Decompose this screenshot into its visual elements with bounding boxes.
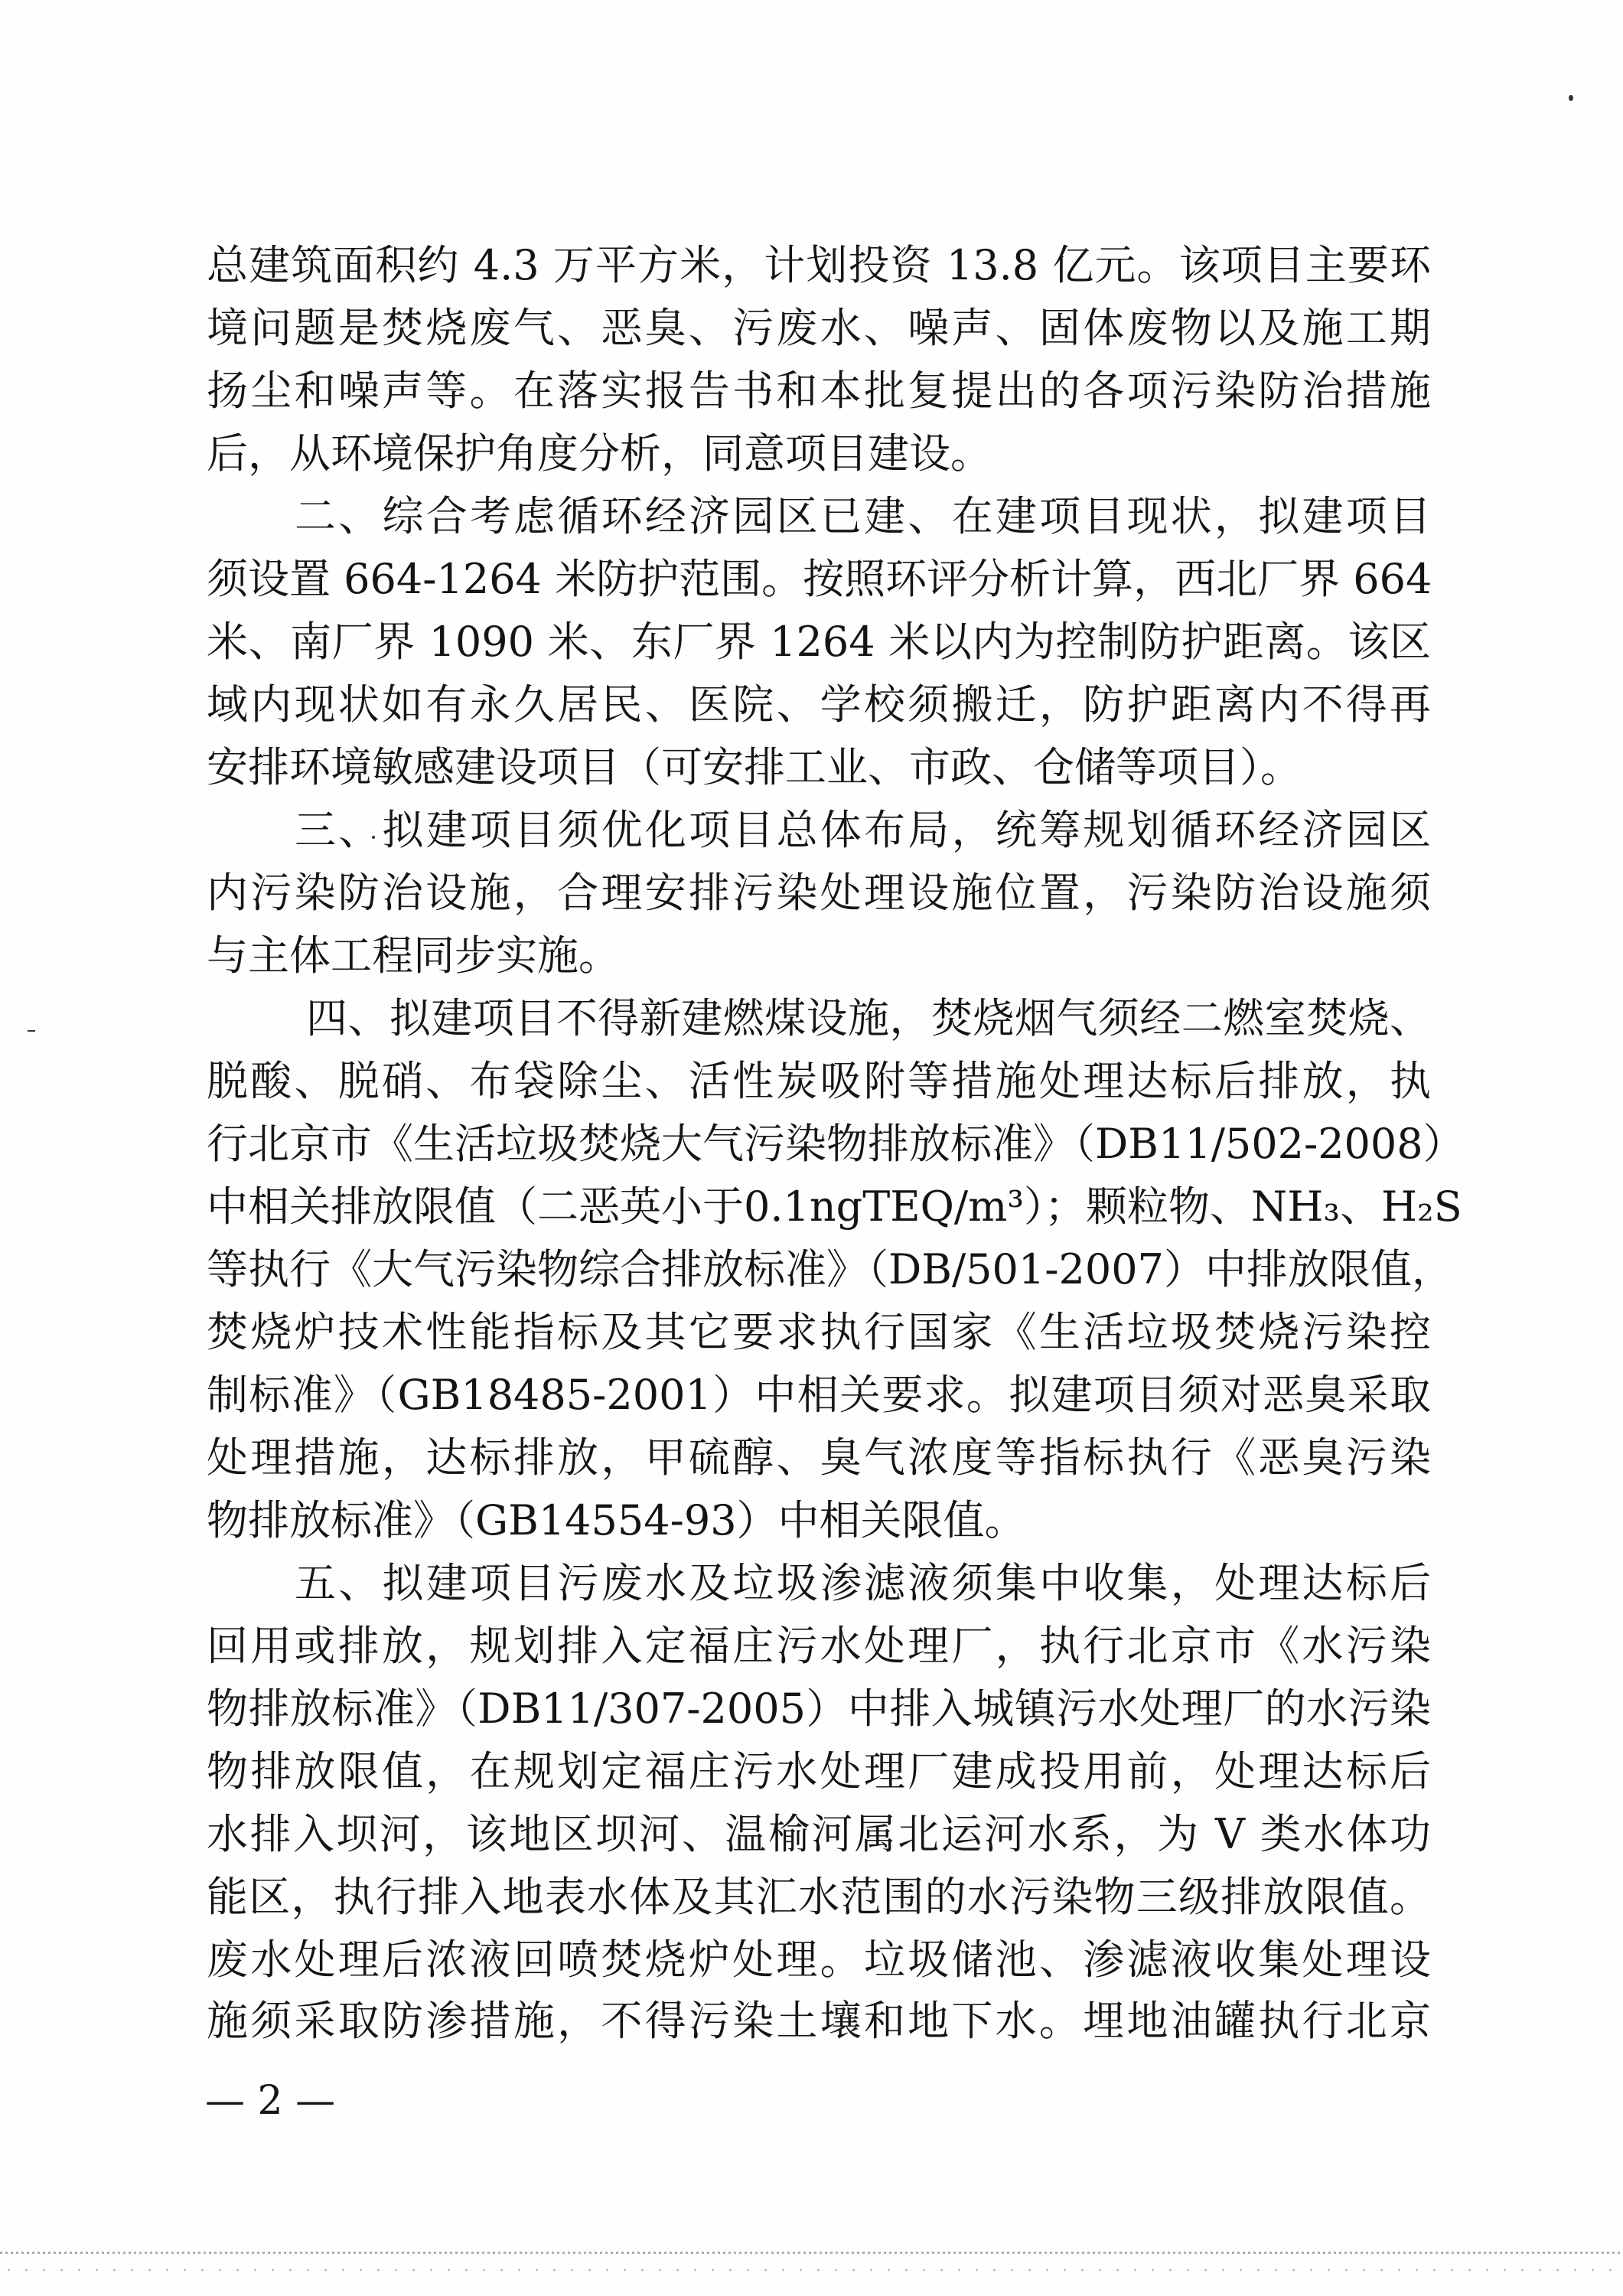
document-page: 总建筑面积约 4.3 万平方米，计划投资 13.8 亿元。该项目主要环 境问题是… bbox=[0, 0, 1623, 2296]
text-line: 施须采取防渗措施，不得污染土壤和地下水。埋地油罐执行北京 bbox=[207, 1994, 1431, 2048]
text-line: 内污染防治设施，合理安排污染处理设施位置，污染防治设施须 bbox=[207, 866, 1431, 920]
text-line: 须设置 664-1264 米防护范围。按照环评分析计算，西北厂界 664 bbox=[207, 553, 1431, 606]
text-line: 总建筑面积约 4.3 万平方米，计划投资 13.8 亿元。该项目主要环 bbox=[207, 239, 1431, 292]
scan-edge-dotted-line bbox=[0, 2252, 1623, 2254]
text-line: 行北京市《生活垃圾焚烧大气污染物排放标准》（DB11/502-2008） bbox=[207, 1117, 1431, 1171]
scan-speck-left-margin bbox=[28, 1030, 35, 1032]
text-line: 扬尘和噪声等。在落实报告书和本批复提出的各项污染防治措施 bbox=[207, 364, 1431, 418]
text-line: 中相关排放限值（二恶英小于0.1ngTEQ/m³）；颗粒物、NH₃、H₂S bbox=[207, 1180, 1431, 1234]
paragraph-start-line: 五、拟建项目污废水及垃圾渗滤液须集中收集，处理达标后 bbox=[295, 1557, 1431, 1610]
page-number: — 2 — bbox=[205, 2074, 335, 2128]
text-line: 回用或排放，规划排入定福庄污水处理厂，执行北京市《水污染 bbox=[207, 1619, 1431, 1673]
text-line: 等执行《大气污染物综合排放标准》（DB/501-2007）中排放限值， bbox=[207, 1243, 1431, 1296]
text-line: 后，从环境保护角度分析，同意项目建设。 bbox=[207, 427, 1431, 481]
text-line: 能区，执行排入地表水体及其汇水范围的水污染物三级排放限值。 bbox=[207, 1870, 1431, 1924]
text-line: 境问题是焚烧废气、恶臭、污废水、噪声、固体废物以及施工期 bbox=[207, 302, 1431, 355]
text-line: 废水处理后浓液回喷焚烧炉处理。垃圾储池、渗滤液收集处理设 bbox=[207, 1933, 1431, 1987]
text-line: 米、南厂界 1090 米、东厂界 1264 米以内为控制防护距离。该区 bbox=[207, 615, 1431, 669]
text-line: 安排环境敏感建设项目（可安排工业、市政、仓储等项目）。 bbox=[207, 741, 1431, 794]
text-line: 域内现状如有永久居民、医院、学校须搬迁，防护距离内不得再 bbox=[207, 678, 1431, 732]
text-line: 物排放限值，在规划定福庄污水处理厂建成投用前，处理达标后 bbox=[207, 1745, 1431, 1799]
text-line: 与主体工程同步实施。 bbox=[207, 929, 1431, 983]
paragraph-start-line: 四、拟建项目不得新建燃煤设施，焚烧烟气须经二燃室焚烧、 bbox=[306, 992, 1431, 1045]
text-line: 物排放标准》（GB14554-93）中相关限值。 bbox=[207, 1494, 1431, 1548]
scan-speck-top-right bbox=[1569, 95, 1573, 101]
scan-edge-noise bbox=[0, 2265, 1623, 2275]
text-line: 制标准》（GB18485-2001）中相关要求。拟建项目须对恶臭采取 bbox=[207, 1368, 1431, 1422]
text-line: 处理措施，达标排放，甲硫醇、臭气浓度等指标执行《恶臭污染 bbox=[207, 1431, 1431, 1485]
text-line: 物排放标准》（DB11/307-2005）中排入城镇污水处理厂的水污染 bbox=[207, 1682, 1431, 1736]
text-line: 焚烧炉技术性能指标及其它要求执行国家《生活垃圾焚烧污染控 bbox=[207, 1306, 1431, 1359]
text-line: 水排入坝河，该地区坝河、温榆河属北运河水系，为 V 类水体功 bbox=[207, 1808, 1431, 1861]
paragraph-start-line: 二、综合考虑循环经济园区已建、在建项目现状，拟建项目 bbox=[295, 490, 1431, 543]
paragraph-start-line: 三、拟建项目须优化项目总体布局，统筹规划循环经济园区 bbox=[295, 804, 1431, 857]
text-line: 脱酸、脱硝、布袋除尘、活性炭吸附等措施处理达标后排放，执 bbox=[207, 1055, 1431, 1108]
